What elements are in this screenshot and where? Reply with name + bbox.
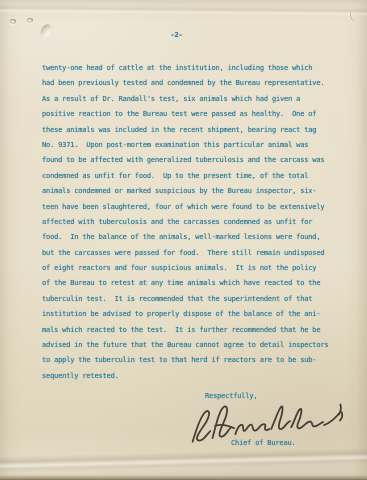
body-line: food. In the balance of the animals, wel… — [42, 230, 342, 245]
signature-stroke-j — [192, 411, 211, 442]
body-line: teen have been slaughtered, four of whic… — [42, 200, 342, 215]
signer-title: Chief of Bureau. — [231, 439, 296, 447]
paper-bottom-edge-shadow — [0, 475, 367, 480]
body-line: institution be advised to properly dispo… — [42, 307, 342, 322]
body-line: to apply the tuberculin test to that her… — [42, 353, 342, 368]
body-line: of eight reactors and four suspicious an… — [42, 261, 342, 276]
signature-stroke-h — [270, 406, 290, 429]
page-number: -2- — [0, 31, 360, 39]
body-line: animals condemned or marked suspicious b… — [42, 184, 342, 199]
scanned-letter-page: -2- twenty-one head of cattle at the ins… — [0, 0, 367, 480]
signature-stroke-m-o — [235, 424, 269, 434]
body-line: advised in the future that the Bureau ca… — [42, 338, 342, 353]
body-line: found to be affected with generalized tu… — [42, 153, 342, 168]
body-line: No. 9371. Upon post-mortem examination t… — [42, 138, 342, 153]
staple-hole — [10, 19, 16, 24]
body-line: tuberculin test. It is recommended that … — [42, 292, 342, 307]
body-line: affected with tuberculosis and the carca… — [42, 215, 342, 230]
body-line: had been previously tested and condemned… — [42, 76, 342, 91]
signature-stroke-l-e — [291, 408, 324, 429]
body-line: these animals was included in the recent… — [42, 123, 342, 138]
paper-fold-mark — [348, 9, 360, 23]
body-line: positive reaction to the Bureau test wer… — [42, 107, 342, 122]
signature-stroke-r — [211, 406, 234, 438]
body-line: of the Bureau to retest at any time anim… — [42, 276, 342, 291]
body-line: twenty-one head of cattle at the institu… — [42, 61, 342, 76]
body-line: sequently retested. — [42, 369, 342, 384]
body-line: mals which reacted to the test. It is fu… — [42, 323, 342, 338]
body-line: As a result of Dr. Randall's test, six a… — [42, 92, 342, 107]
paper-crease-top — [0, 4, 367, 16]
body-line: but the carcasses were passed for food. … — [42, 246, 342, 261]
paper-crease-bottom — [0, 447, 367, 472]
letter-body: twenty-one head of cattle at the institu… — [42, 61, 342, 384]
signature-stroke-r-flourish — [323, 404, 342, 425]
staple-hole — [27, 18, 33, 23]
body-line: condemned as unfit for food. Up to the p… — [42, 169, 342, 184]
